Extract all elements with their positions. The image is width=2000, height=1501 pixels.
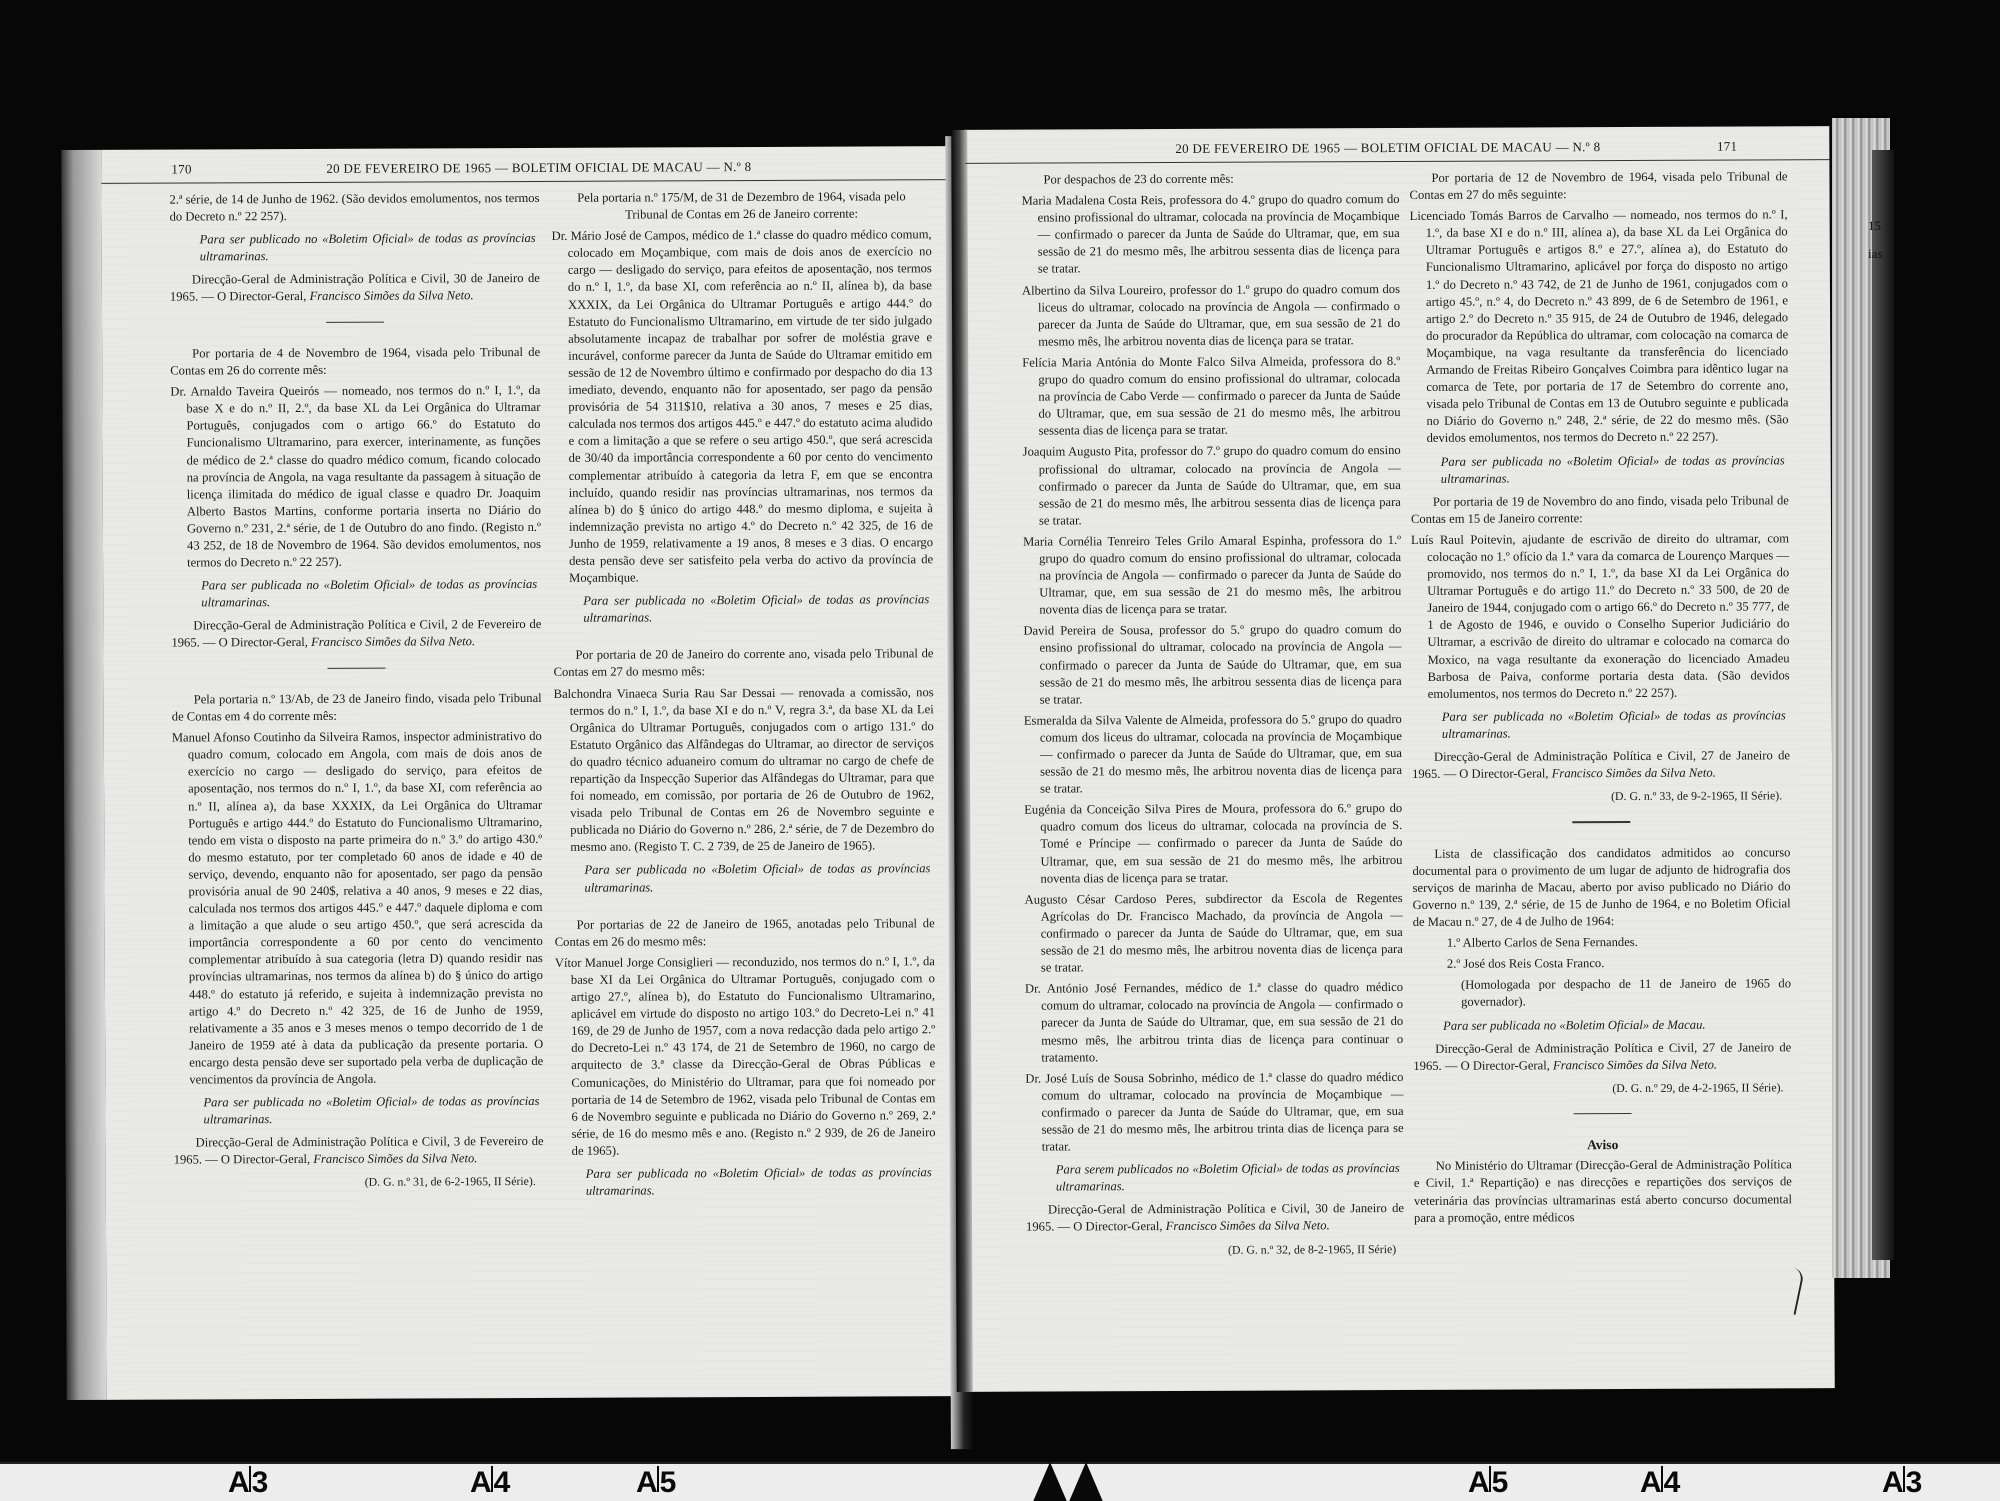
page-number: 171 bbox=[1717, 139, 1737, 155]
column-1: Por despachos de 23 do corrente mês: Mar… bbox=[1021, 170, 1404, 1259]
signatory-name: Francisco Simões da Silva Neto. bbox=[1553, 1057, 1717, 1072]
homologation-note: (Homologada por despacho de 11 de Janeir… bbox=[1413, 976, 1791, 1012]
section-divider bbox=[328, 667, 386, 669]
diario-reference: (D. G. n.º 29, de 4-2-1965, II Série). bbox=[1413, 1079, 1791, 1098]
classification-list-intro: Lista de classificação dos candidatos ad… bbox=[1412, 844, 1790, 931]
despacho-entry: Eugénia da Conceição Silva Pires de Mour… bbox=[1024, 800, 1402, 887]
publication-note: Para ser publicado no «Boletim Oficial» … bbox=[170, 230, 540, 266]
publication-note: Para ser publicada no «Boletim Oficial» … bbox=[171, 576, 541, 612]
page-number: 170 bbox=[171, 161, 191, 177]
center-marker-left-triangle bbox=[1032, 1462, 1068, 1501]
despacho-entries: Maria Madalena Costa Reis, professora do… bbox=[1022, 191, 1404, 1156]
despacho-entry: Dr. José Luís de Sousa Sobrinho, médico … bbox=[1025, 1069, 1403, 1156]
center-marker-right-triangle bbox=[1068, 1462, 1104, 1501]
signature-block: Direcção-Geral de Administração Política… bbox=[170, 270, 540, 306]
signatory-name: Francisco Simões da Silva Neto. bbox=[1166, 1219, 1330, 1234]
frame-mark: A3 bbox=[228, 1466, 266, 1500]
despacho-entry: Joaquim Augusto Pita, professor do 7.º g… bbox=[1023, 442, 1401, 529]
signatory-name: Francisco Simões da Silva Neto. bbox=[311, 635, 475, 650]
signature-block: Direcção-Geral de Administração Política… bbox=[174, 1133, 544, 1169]
portaria-entry: Dr. Arnaldo Taveira Queirós — nomeado, n… bbox=[170, 382, 541, 572]
signatory-name: Francisco Simões da Silva Neto. bbox=[1552, 766, 1716, 781]
portaria-entry: Luís Raul Poitevin, ajudante de escrivão… bbox=[1411, 530, 1790, 703]
despacho-entry: Maria Cornélia Tenreiro Teles Grilo Amar… bbox=[1023, 532, 1401, 619]
portaria-lead: Pela portaria n.º 175/M, de 31 de Dezemb… bbox=[551, 188, 931, 224]
aviso-text: No Ministério do Ultramar (Direcção-Gera… bbox=[1414, 1157, 1792, 1227]
publication-note: Para serem publicados no «Boletim Oficia… bbox=[1026, 1160, 1404, 1196]
portaria-entry: Balchondra Vinaeca Suria Rau Sar Dessai … bbox=[554, 684, 935, 857]
signatory-name: Francisco Simões da Silva Neto. bbox=[313, 1152, 477, 1167]
column-2: Por portaria de 12 de Novembro de 1964, … bbox=[1409, 168, 1792, 1230]
signature-block: Direcção-Geral de Administração Política… bbox=[171, 616, 541, 652]
column-1: 2.ª série, de 14 de Junho de 1962. (São … bbox=[169, 190, 543, 1192]
diario-reference: (D. G. n.º 32, de 8-2-1965, II Série) bbox=[1026, 1241, 1404, 1260]
portaria-entry: Dr. Mário José de Campos, médico de 1.ª … bbox=[552, 226, 934, 587]
section-divider bbox=[1572, 821, 1630, 823]
portaria-entry: Manuel Afonso Coutinho da Silveira Ramos… bbox=[172, 728, 544, 1089]
publication-note: Para ser publicada no «Boletim Oficial» … bbox=[553, 591, 933, 627]
portaria-entry: Licenciado Tomás Barros de Carvalho — no… bbox=[1410, 206, 1789, 447]
diario-reference: (D. G. n.º 31, de 6-2-1965, II Série). bbox=[174, 1173, 544, 1192]
frame-mark: A4 bbox=[1640, 1466, 1678, 1500]
signature-block: Direcção-Geral de Administração Política… bbox=[1026, 1200, 1404, 1236]
edge-page-fragment: ias bbox=[1868, 246, 1882, 262]
section-divider bbox=[1574, 1113, 1632, 1115]
publication-note: Para ser publicada no «Boletim Oficial» … bbox=[1412, 707, 1790, 743]
page-170: 170 20 DE FEVEREIRO DE 1965 — BOLETIM OF… bbox=[101, 146, 956, 1400]
despacho-entry: David Pereira de Sousa, professor do 5.º… bbox=[1023, 621, 1401, 708]
frame-mark: A4 bbox=[470, 1466, 508, 1500]
publication-note: Para ser publicada no «Boletim Oficial» … bbox=[1413, 1016, 1791, 1035]
running-header: 170 20 DE FEVEREIRO DE 1965 — BOLETIM OF… bbox=[101, 146, 951, 184]
signature-block: Direcção-Geral de Administração Política… bbox=[1412, 747, 1790, 783]
signature-block: Direcção-Geral de Administração Política… bbox=[1413, 1039, 1791, 1075]
column-2: Pela portaria n.º 175/M, de 31 de Dezemb… bbox=[551, 188, 935, 1206]
despacho-entry: Esmeralda da Silva Valente de Almeida, p… bbox=[1024, 711, 1402, 798]
despacho-entry: Felícia Maria Antónia do Monte Falco Sil… bbox=[1022, 353, 1400, 440]
running-header: 20 DE FEVEREIRO DE 1965 — BOLETIM OFICIA… bbox=[965, 126, 1829, 164]
frame-mark: A5 bbox=[636, 1466, 674, 1500]
microfilm-scan: 170 20 DE FEVEREIRO DE 1965 — BOLETIM OF… bbox=[0, 0, 2000, 1501]
aviso-heading: Aviso bbox=[1414, 1136, 1792, 1155]
film-frame-strip bbox=[0, 1462, 2000, 1501]
despacho-entry: Maria Madalena Costa Reis, professora do… bbox=[1022, 191, 1400, 278]
running-title: 20 DE FEVEREIRO DE 1965 — BOLETIM OFICIA… bbox=[1175, 139, 1600, 157]
frame-mark: A3 bbox=[1882, 1466, 1920, 1500]
portaria-lead: Por portaria de 12 de Novembro de 1964, … bbox=[1409, 168, 1787, 204]
despacho-lead: Por despachos de 23 do corrente mês: bbox=[1021, 170, 1399, 189]
edge-page-fragment: 15 bbox=[1868, 218, 1881, 234]
portaria-lead: Por portaria de 4 de Novembro de 1964, v… bbox=[170, 344, 540, 380]
candidate-1: 1.º Alberto Carlos de Sena Fernandes. bbox=[1413, 933, 1791, 952]
despacho-entry: Dr. António José Fernandes, médico de 1.… bbox=[1025, 979, 1403, 1066]
portaria-lead: Por portarias de 22 de Janeiro de 1965, … bbox=[555, 915, 935, 951]
page-171: 20 DE FEVEREIRO DE 1965 — BOLETIM OFICIA… bbox=[965, 126, 1834, 1392]
portaria-lead: Pela portaria n.º 13/Ab, de 23 de Janeir… bbox=[172, 690, 542, 726]
publication-note: Para ser publicada no «Boletim Oficial» … bbox=[556, 1164, 936, 1200]
despacho-entry: Albertino da Silva Loureiro, professor d… bbox=[1022, 281, 1400, 351]
section-divider bbox=[326, 321, 384, 323]
page-edge-shadow bbox=[1872, 150, 1894, 1260]
handwritten-bracket-mark bbox=[1784, 1268, 1805, 1315]
signatory-name: Francisco Simões da Silva Neto. bbox=[310, 289, 474, 304]
portaria-lead: Por portaria de 19 de Novembro do ano fi… bbox=[1411, 492, 1789, 528]
continued-text: 2.ª série, de 14 de Junho de 1962. (São … bbox=[169, 190, 539, 226]
despacho-entry: Augusto César Cardoso Peres, subdirector… bbox=[1025, 890, 1403, 977]
candidate-2: 2.º José dos Reis Costa Franco. bbox=[1413, 955, 1791, 974]
publication-note: Para ser publicada no «Boletim Oficial» … bbox=[1411, 452, 1789, 488]
frame-mark: A5 bbox=[1468, 1466, 1506, 1500]
publication-note: Para ser publicada no «Boletim Oficial» … bbox=[554, 861, 934, 897]
running-title: 20 DE FEVEREIRO DE 1965 — BOLETIM OFICIA… bbox=[326, 159, 751, 177]
diario-reference: (D. G. n.º 33, de 9-2-1965, II Série). bbox=[1412, 787, 1790, 806]
portaria-entry: Vítor Manuel Jorge Consiglieri — recondu… bbox=[555, 953, 936, 1160]
portaria-lead: Por portaria de 20 de Janeiro do corrent… bbox=[553, 646, 933, 682]
publication-note: Para ser publicada no «Boletim Oficial» … bbox=[173, 1093, 543, 1129]
